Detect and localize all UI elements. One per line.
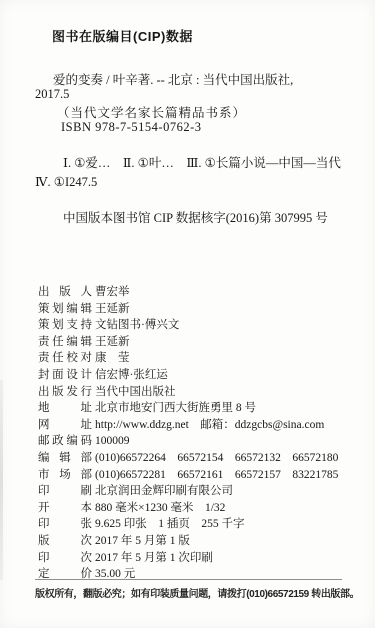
colophon-value: 曹宏举 xyxy=(95,286,130,298)
colophon-value: 信宏博·张红运 xyxy=(95,369,168,381)
colophon-label: 定价 xyxy=(38,566,92,583)
divider-line xyxy=(35,579,342,580)
colophon-value: 9.625 印张 1 插页 255 千字 xyxy=(95,518,245,530)
colophon-label: 邮政编码 xyxy=(38,433,92,450)
colophon-value: (010)66572264 66572154 66572132 66572180 xyxy=(95,452,338,464)
colophon-row: 地址北京市地安门西大街旌勇里 8 号 xyxy=(38,400,360,417)
colophon-value: 康 莹 xyxy=(95,352,130,364)
colophon-row: 印张9.625 印张 1 插页 255 千字 xyxy=(38,516,360,533)
colophon-row: 封面设计信宏博·张红运 xyxy=(38,367,360,384)
colophon-label: 策划编辑 xyxy=(38,301,92,318)
classification-line-2: Ⅳ. ①I247.5 xyxy=(35,174,97,190)
copyright-page: 图书在版编目(CIP)数据 爱的变奏 / 叶辛著. -- 北京 : 当代中国出版… xyxy=(0,0,375,628)
colophon-label: 印张 xyxy=(38,516,92,533)
classification-line-1: Ⅰ. ①爱… Ⅱ. ①叶… Ⅲ. ①长篇小说—中国—当代 xyxy=(63,153,341,171)
colophon-label: 策划支持 xyxy=(38,317,92,334)
colophon-row: 版次2017 年 5 月第 1 版 xyxy=(38,533,360,550)
colophon-row: 策划编辑王延新 xyxy=(38,301,360,318)
colophon-row: 出版发行当代中国出版社 xyxy=(38,384,360,401)
colophon: 出版人曹宏举策划编辑王延新策划支持文钻图书·傅兴文责任编辑王延新责任校对康 莹封… xyxy=(38,284,360,583)
colophon-value: 100009 xyxy=(95,435,130,447)
cip-record-number: 中国版本图书馆 CIP 数据核字(2016)第 307995 号 xyxy=(63,208,328,226)
colophon-value: 王延新 xyxy=(95,336,130,348)
colophon-value: 880 毫米×1230 毫米 1/32 xyxy=(95,502,225,514)
colophon-label: 市场部 xyxy=(38,467,92,484)
colophon-label: 印刷 xyxy=(38,483,92,500)
colophon-label: 版次 xyxy=(38,533,92,550)
colophon-row: 定价35.00 元 xyxy=(38,566,360,583)
colophon-row: 邮政编码100009 xyxy=(38,433,360,450)
colophon-row: 开本880 毫米×1230 毫米 1/32 xyxy=(38,500,360,517)
colophon-label: 责任校对 xyxy=(38,350,92,367)
bib-series-line: （当代文学名家长篇精品书系） xyxy=(57,103,246,121)
colophon-value: 文钻图书·傅兴文 xyxy=(95,319,179,331)
cip-data-heading: 图书在版编目(CIP)数据 xyxy=(52,26,193,45)
colophon-value: 北京润田金辉印刷有限公司 xyxy=(95,485,233,497)
colophon-row: 策划支持文钻图书·傅兴文 xyxy=(38,317,360,334)
colophon-label: 编辑部 xyxy=(38,450,92,467)
colophon-value: http://www.ddzg.net 邮箱：ddzgcbs@sina.com xyxy=(95,419,324,431)
copyright-notice: 版权所有，翻版必究；如有印装质量问题，请拨打(010)66572159 转出版部… xyxy=(35,585,347,600)
colophon-row: 网址http://www.ddzg.net 邮箱：ddzgcbs@sina.co… xyxy=(38,417,360,434)
scan-edge-artifact xyxy=(0,380,3,580)
colophon-row: 印次2017 年 5 月第 1 次印刷 xyxy=(38,550,360,567)
colophon-label: 地址 xyxy=(38,400,92,417)
colophon-value: 王延新 xyxy=(95,303,130,315)
colophon-value: (010)66572281 66572161 66572157 83221785 xyxy=(95,469,338,481)
isbn-line: ISBN 978-7-5154-0762-3 xyxy=(61,120,202,135)
colophon-value: 北京市地安门西大街旌勇里 8 号 xyxy=(95,402,256,414)
colophon-row: 出版人曹宏举 xyxy=(38,284,360,301)
colophon-label: 印次 xyxy=(38,550,92,567)
colophon-row: 责任校对康 莹 xyxy=(38,350,360,367)
colophon-row: 印刷北京润田金辉印刷有限公司 xyxy=(38,483,360,500)
colophon-label: 出版发行 xyxy=(38,384,92,401)
colophon-row: 责任编辑王延新 xyxy=(38,334,360,351)
bib-pub-year: 2017.5 xyxy=(35,87,69,102)
colophon-row: 市场部(010)66572281 66572161 66572157 83221… xyxy=(38,467,360,484)
colophon-label: 开本 xyxy=(38,500,92,517)
colophon-value: 当代中国出版社 xyxy=(95,386,176,398)
colophon-value: 2017 年 5 月第 1 次印刷 xyxy=(95,552,213,564)
colophon-row: 编辑部(010)66572264 66572154 66572132 66572… xyxy=(38,450,360,467)
colophon-label: 责任编辑 xyxy=(38,334,92,351)
colophon-label: 网址 xyxy=(38,417,92,434)
colophon-value: 2017 年 5 月第 1 版 xyxy=(95,535,190,547)
colophon-label: 出版人 xyxy=(38,284,92,301)
bib-title-author-line: 爱的变奏 / 叶辛著. -- 北京 : 当代中国出版社, xyxy=(53,70,293,88)
colophon-label: 封面设计 xyxy=(38,367,92,384)
